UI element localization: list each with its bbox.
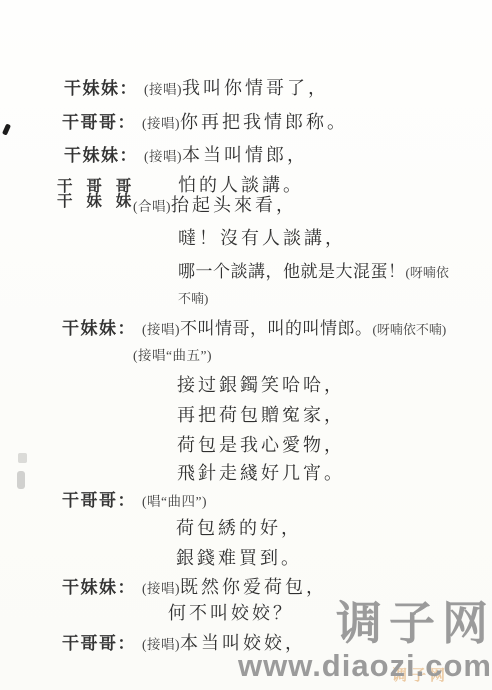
lyric-text: 本当叫情郎，	[182, 145, 308, 165]
lyric-text: 再把荷包贈寃家，	[177, 405, 345, 425]
speaker-label: 干 妹 妹	[57, 194, 136, 209]
script-line: (合唱)抬起头來看，	[133, 191, 297, 217]
stage-direction: (接唱)	[144, 149, 182, 164]
vocable-annotation: (呀喃依	[406, 265, 449, 280]
stage-direction: (唱“曲四”)	[142, 494, 207, 509]
stage-direction: (接唱)	[142, 322, 180, 337]
script-line: 再把荷包贈寃家，	[177, 401, 345, 427]
script-line: 干哥哥：(唱“曲四”)	[62, 486, 207, 511]
script-line: 銀錢难買到。	[176, 544, 302, 570]
script-line: 干妹妹：(接唱)既然你爱荷包，	[62, 573, 327, 599]
speaker-label: 干妹妹：	[64, 79, 138, 98]
script-line: 干哥哥：(接唱)你再把我情郎称。	[62, 108, 348, 134]
watermark-site-url: www.diaozi.com	[238, 648, 492, 684]
lyric-text: 你再把我情郎称。	[180, 112, 348, 132]
script-line: 何不叫姣姣？	[168, 599, 294, 625]
script-line: 哪一个談講，他就是大混蛋！(呀喃依	[178, 257, 449, 282]
lyric-text: 何不叫姣姣？	[168, 603, 294, 623]
lyric-text: 既然你爱荷包，	[180, 577, 327, 597]
stage-direction: (接唱)	[142, 116, 180, 131]
scan-smudge	[17, 471, 25, 489]
script-line: 干妹妹：(接唱)我叫你情哥了，	[64, 74, 329, 100]
stage-direction: (接唱)	[144, 82, 182, 97]
script-line: 噠！沒有人談講，	[178, 224, 346, 250]
script-text-block: 干妹妹：(接唱)我叫你情哥了， 干哥哥：(接唱)你再把我情郎称。 干妹妹：(接唱…	[0, 0, 492, 690]
vocable-annotation: 不喃)	[178, 291, 208, 306]
lyric-text: 銀錢难買到。	[176, 548, 302, 568]
watermark-site-name: 调子网	[336, 598, 492, 648]
script-line: 不喃)	[178, 288, 208, 308]
script-line: 干妹妹：(接唱)不叫情哥，叫的叫情郎。(呀喃依不喃)	[62, 314, 446, 339]
stage-direction: (合唱)	[133, 199, 171, 214]
lyric-text: 接过銀鐲笑哈哈，	[177, 375, 345, 395]
stage-direction: (接唱)	[142, 581, 180, 596]
lyric-text: 噠！沒有人談講，	[178, 228, 346, 248]
vocable-annotation: (呀喃依不喃)	[373, 322, 447, 337]
lyric-text: 哪一个談講，他就是大混蛋！	[178, 262, 406, 281]
stage-direction: (接唱)	[142, 637, 180, 652]
speaker-label: 干哥哥：	[62, 491, 136, 510]
script-line: 飛針走綫好几宵。	[177, 459, 345, 485]
scanned-page: 干妹妹：(接唱)我叫你情哥了， 干哥哥：(接唱)你再把我情郎称。 干妹妹：(接唱…	[0, 0, 492, 690]
script-line: 干妹妹：(接唱)本当叫情郎，	[64, 141, 308, 167]
speaker-label: 干哥哥：	[62, 634, 136, 653]
stage-direction: (接唱“曲五”)	[133, 348, 212, 363]
script-line: (接唱“曲五”)	[133, 344, 212, 365]
script-line: 荷包綉的好，	[176, 514, 302, 540]
lyric-text: 荷包綉的好，	[176, 518, 302, 538]
speaker-label: 干妹妹：	[62, 319, 136, 338]
lyric-text: 抬起头來看，	[171, 195, 297, 215]
script-line: 接过銀鐲笑哈哈，	[177, 371, 345, 397]
lyric-text: 不叫情哥，叫的叫情郎。	[180, 319, 373, 338]
lyric-text: 荷包是我心愛物，	[177, 435, 345, 455]
speaker-label: 干 哥 哥	[57, 179, 136, 194]
lyric-text: 我叫你情哥了，	[182, 78, 329, 98]
lyric-text: 飛針走綫好几宵。	[177, 463, 345, 483]
speaker-label: 干哥哥：	[62, 113, 136, 132]
script-line: 荷包是我心愛物，	[177, 431, 345, 457]
speaker-label: 干妹妹：	[62, 578, 136, 597]
joint-speaker-label: 干 哥 哥 干 妹 妹	[57, 179, 136, 209]
speaker-label: 干妹妹：	[64, 146, 138, 165]
scan-smudge	[18, 453, 27, 463]
